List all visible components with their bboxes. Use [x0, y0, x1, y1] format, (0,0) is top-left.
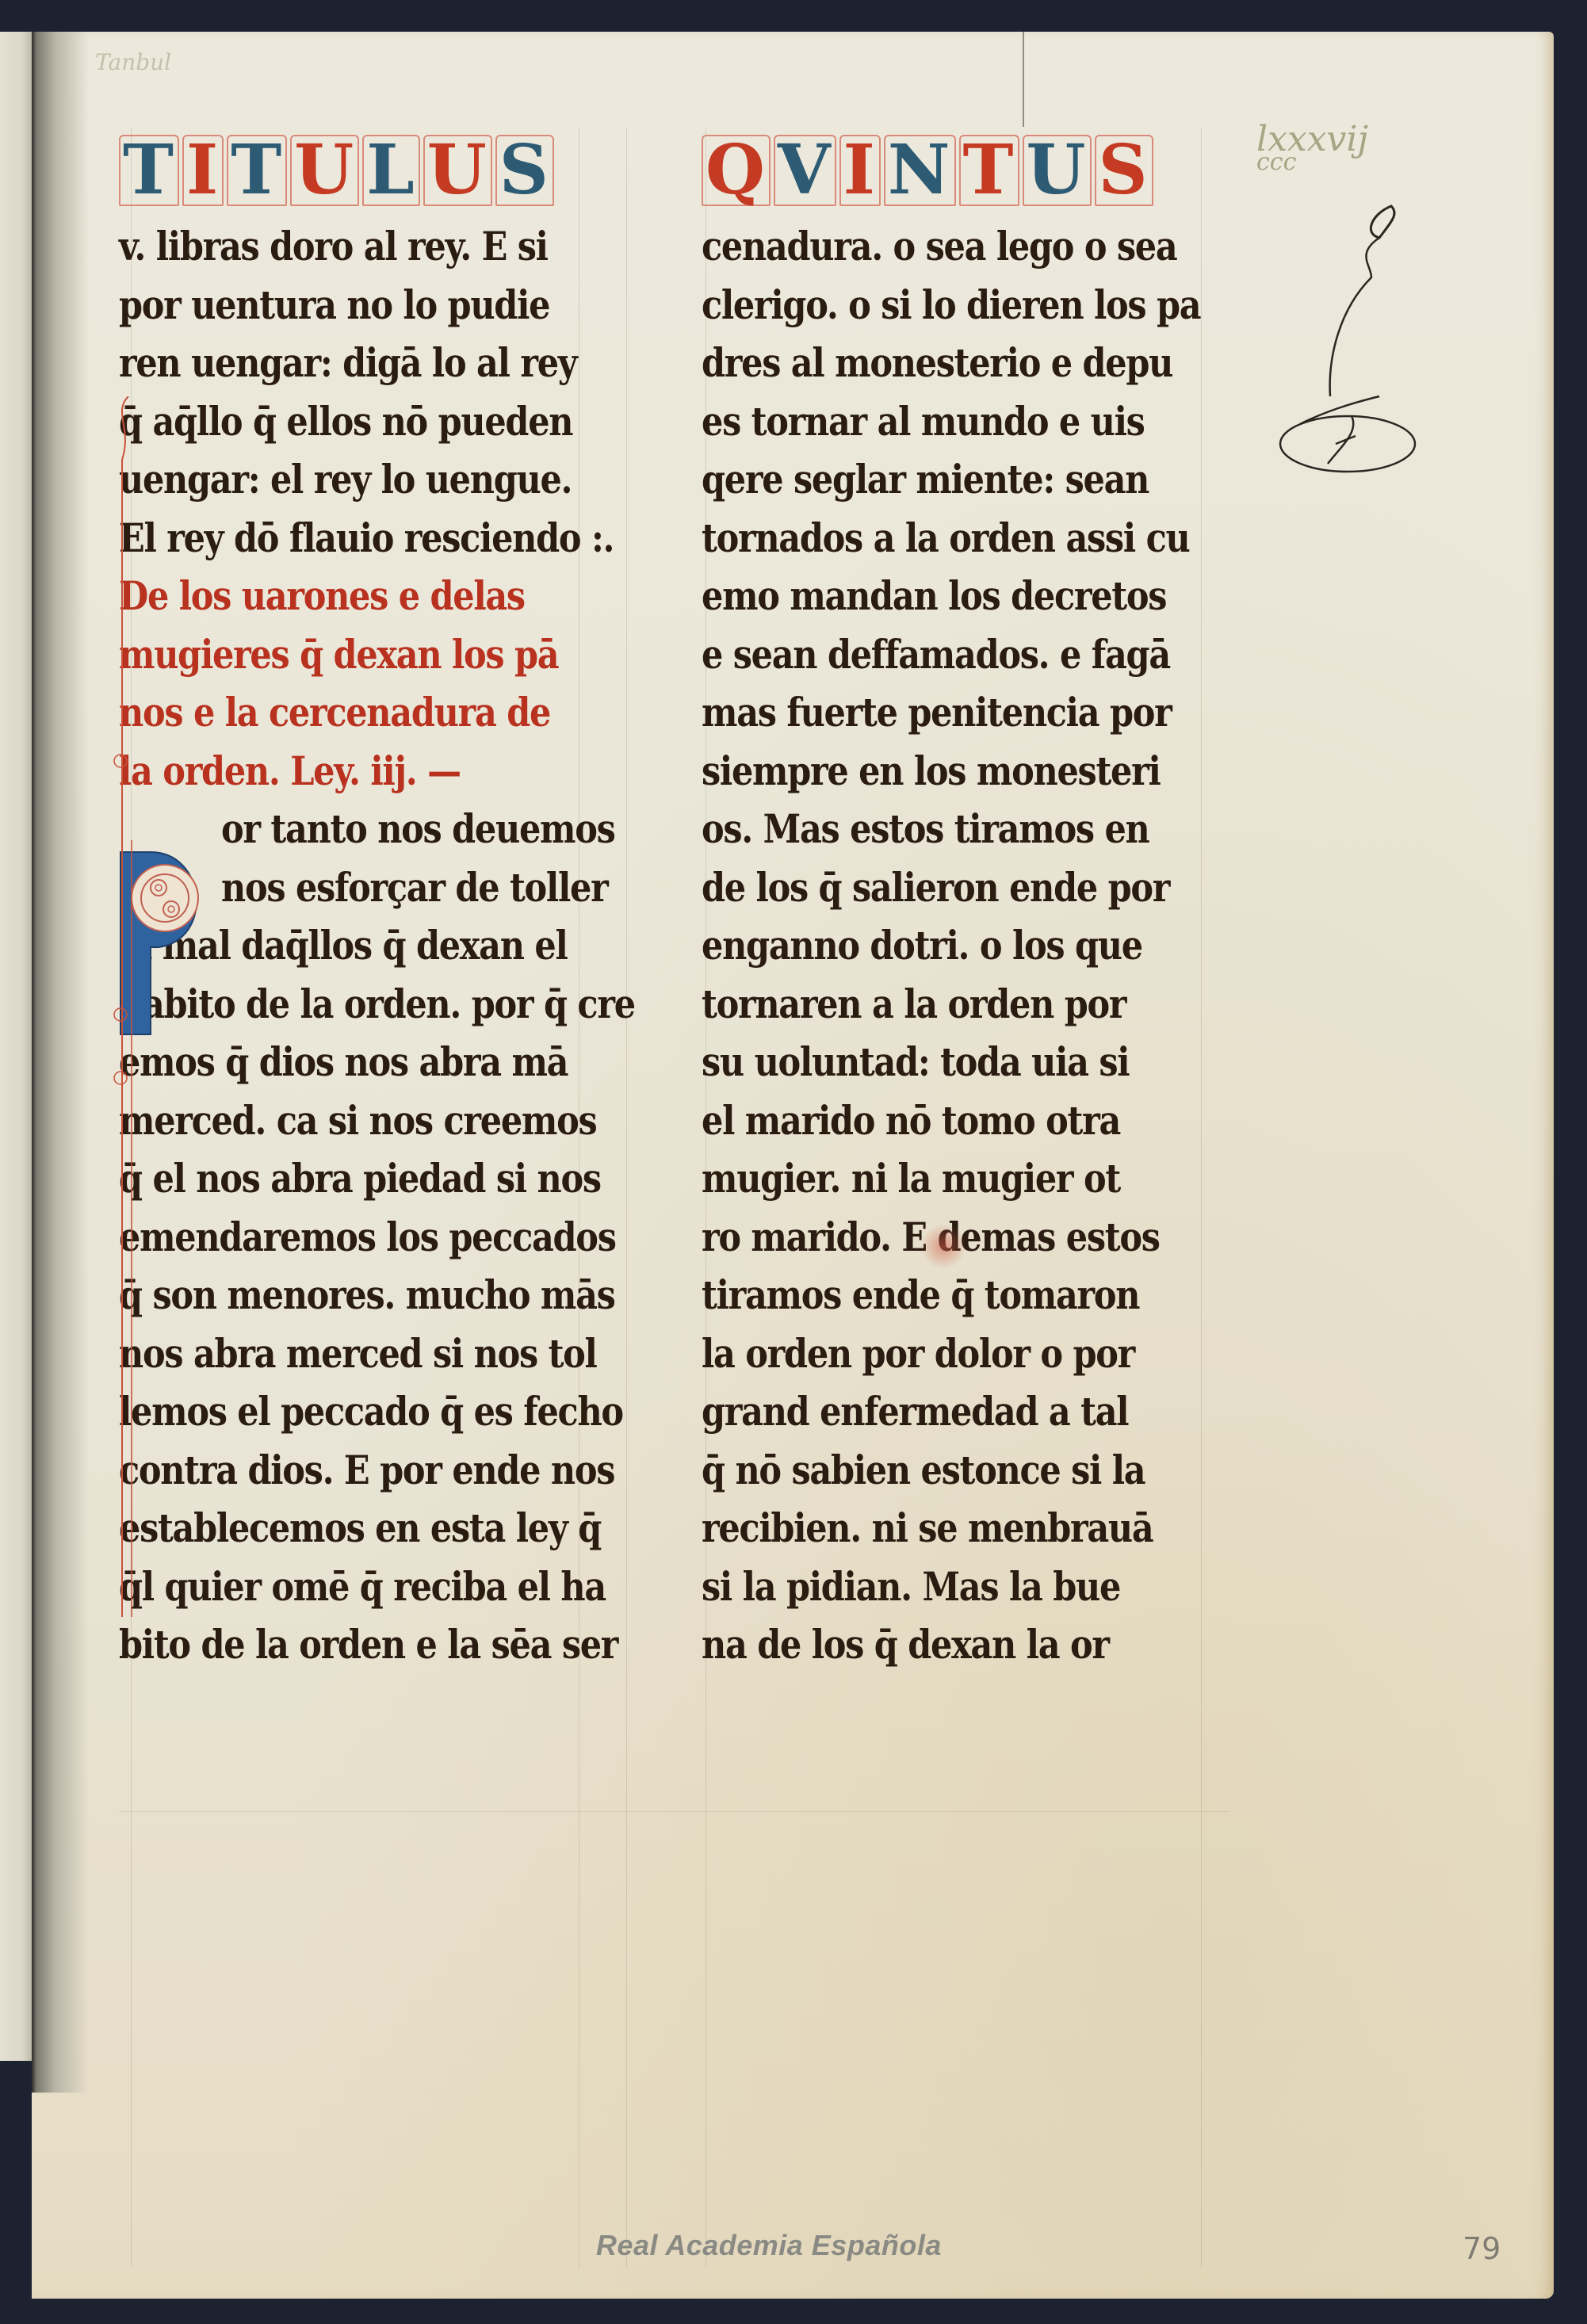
- text-line: establecemos en esta ley q̄: [119, 1499, 583, 1558]
- text-line: q̄ son menores. mucho mās: [119, 1266, 583, 1324]
- text-line: siempre en los monesteri: [702, 742, 1152, 801]
- text-line: nos abra merced si nos tol: [119, 1324, 583, 1383]
- text-line: grand enfermedad a tal: [702, 1382, 1152, 1441]
- title-letter: U: [423, 135, 492, 206]
- text-line: mugier. ni la mugier ot: [702, 1149, 1152, 1208]
- title-letter: U: [290, 135, 359, 206]
- title-letter: Q: [702, 135, 771, 206]
- text-line: lemos el peccado q̄ es fecho: [119, 1382, 583, 1441]
- text-line: os. Mas estos tiramos en: [702, 800, 1152, 858]
- fold-mark: [1023, 32, 1024, 127]
- rubric-line: mugieres q̄ dexan los pā: [119, 625, 583, 684]
- right-title: Q V I N T U S: [702, 127, 1225, 206]
- text-line: q̄l quier omē q̄ reciba el ha: [119, 1558, 583, 1616]
- text-line: e sean deffamados. e fagā: [702, 625, 1152, 684]
- title-letter: V: [774, 135, 836, 206]
- top-margin-note: Tanbul: [95, 49, 171, 75]
- text-line: El rey dō flauio resciendo :.: [119, 509, 583, 568]
- right-text-block: cenadura. o sea lego o sea clerigo. o si…: [702, 217, 1225, 1674]
- ruling-line: [119, 1811, 1229, 1812]
- facing-page-edge: [0, 32, 32, 2061]
- text-line: tornaren a la orden por: [702, 975, 1152, 1034]
- text-line: su uoluntad: toda uia si: [702, 1033, 1152, 1091]
- text-line: na de los q̄ dexan la or: [702, 1615, 1152, 1674]
- title-letter: T: [119, 135, 179, 206]
- title-letter: T: [227, 135, 287, 206]
- text-line: contra dios. E por ende nos: [119, 1441, 583, 1500]
- red-ink-stain: [920, 1225, 967, 1268]
- text-line: q̄ aq̄llo q̄ ellos nō pueden: [119, 392, 583, 451]
- text-line: tiramos ende q̄ tomaron: [702, 1266, 1152, 1324]
- text-line: q̄ nō sabien estonce si la: [702, 1441, 1152, 1500]
- signature-flourish-icon: [1252, 159, 1459, 476]
- title-letter: L: [362, 135, 419, 206]
- title-letter: S: [495, 135, 554, 206]
- pen-flourish-border-icon: [113, 396, 136, 1617]
- text-line: enganno dotri. o los que: [702, 916, 1152, 975]
- folio-number: 79: [1463, 2231, 1501, 2266]
- text-line: uengar: el rey lo uengue.: [119, 450, 583, 509]
- text-line: recibien. ni se menbrauā: [702, 1499, 1152, 1558]
- text-line: de los q̄ salieron ende por: [702, 858, 1152, 917]
- text-line: por uentura no lo pudie: [119, 276, 583, 334]
- title-letter: T: [959, 135, 1019, 206]
- text-line: el marido nō tomo otra: [702, 1091, 1152, 1150]
- title-letter: S: [1095, 135, 1153, 206]
- text-line: tornados a la orden assi cu: [702, 509, 1152, 568]
- text-line: bito de la orden e la sēa ser: [119, 1615, 583, 1674]
- text-line: clerigo. o si lo dieren los pa: [702, 276, 1152, 334]
- title-letter: U: [1023, 135, 1092, 206]
- rubric-line: nos e la cercenadura de: [119, 683, 583, 742]
- left-column: T I T U L U S v. libras doro al rey. E s…: [119, 127, 658, 1674]
- title-letter: I: [182, 135, 224, 206]
- title-letter: I: [839, 135, 881, 206]
- text-line: si la pidian. Mas la bue: [702, 1558, 1152, 1616]
- text-line: merced. ca si nos creemos: [119, 1091, 583, 1150]
- text-line: emendaremos los peccados: [119, 1208, 583, 1267]
- text-line: emo mandan los decretos: [702, 567, 1152, 625]
- right-column: Q V I N T U S cenadura. o sea lego o sea…: [702, 127, 1225, 1674]
- text-line: v. libras doro al rey. E si: [119, 217, 583, 276]
- binding-gutter: [32, 32, 89, 2093]
- text-line: mas fuerte penitencia por: [702, 683, 1152, 742]
- text-line: qere seglar miente: sean: [702, 450, 1152, 509]
- text-line: q̄ el nos abra piedad si nos: [119, 1149, 583, 1208]
- text-line: dres al monesterio e depu: [702, 334, 1152, 392]
- text-line: la orden por dolor o por: [702, 1324, 1152, 1383]
- text-line: es tornar al mundo e uis: [702, 392, 1152, 451]
- text-line: cenadura. o sea lego o sea: [702, 217, 1152, 276]
- rubric-line: la orden. Ley. iij. —: [119, 742, 583, 801]
- watermark-real-academia: Real Academia Española: [596, 2229, 942, 2262]
- text-line: ren uengar: digā lo al rey: [119, 334, 583, 392]
- left-title: T I T U L U S: [119, 127, 658, 206]
- rubric-line: De los uarones e delas: [119, 567, 583, 625]
- title-letter: N: [884, 135, 956, 206]
